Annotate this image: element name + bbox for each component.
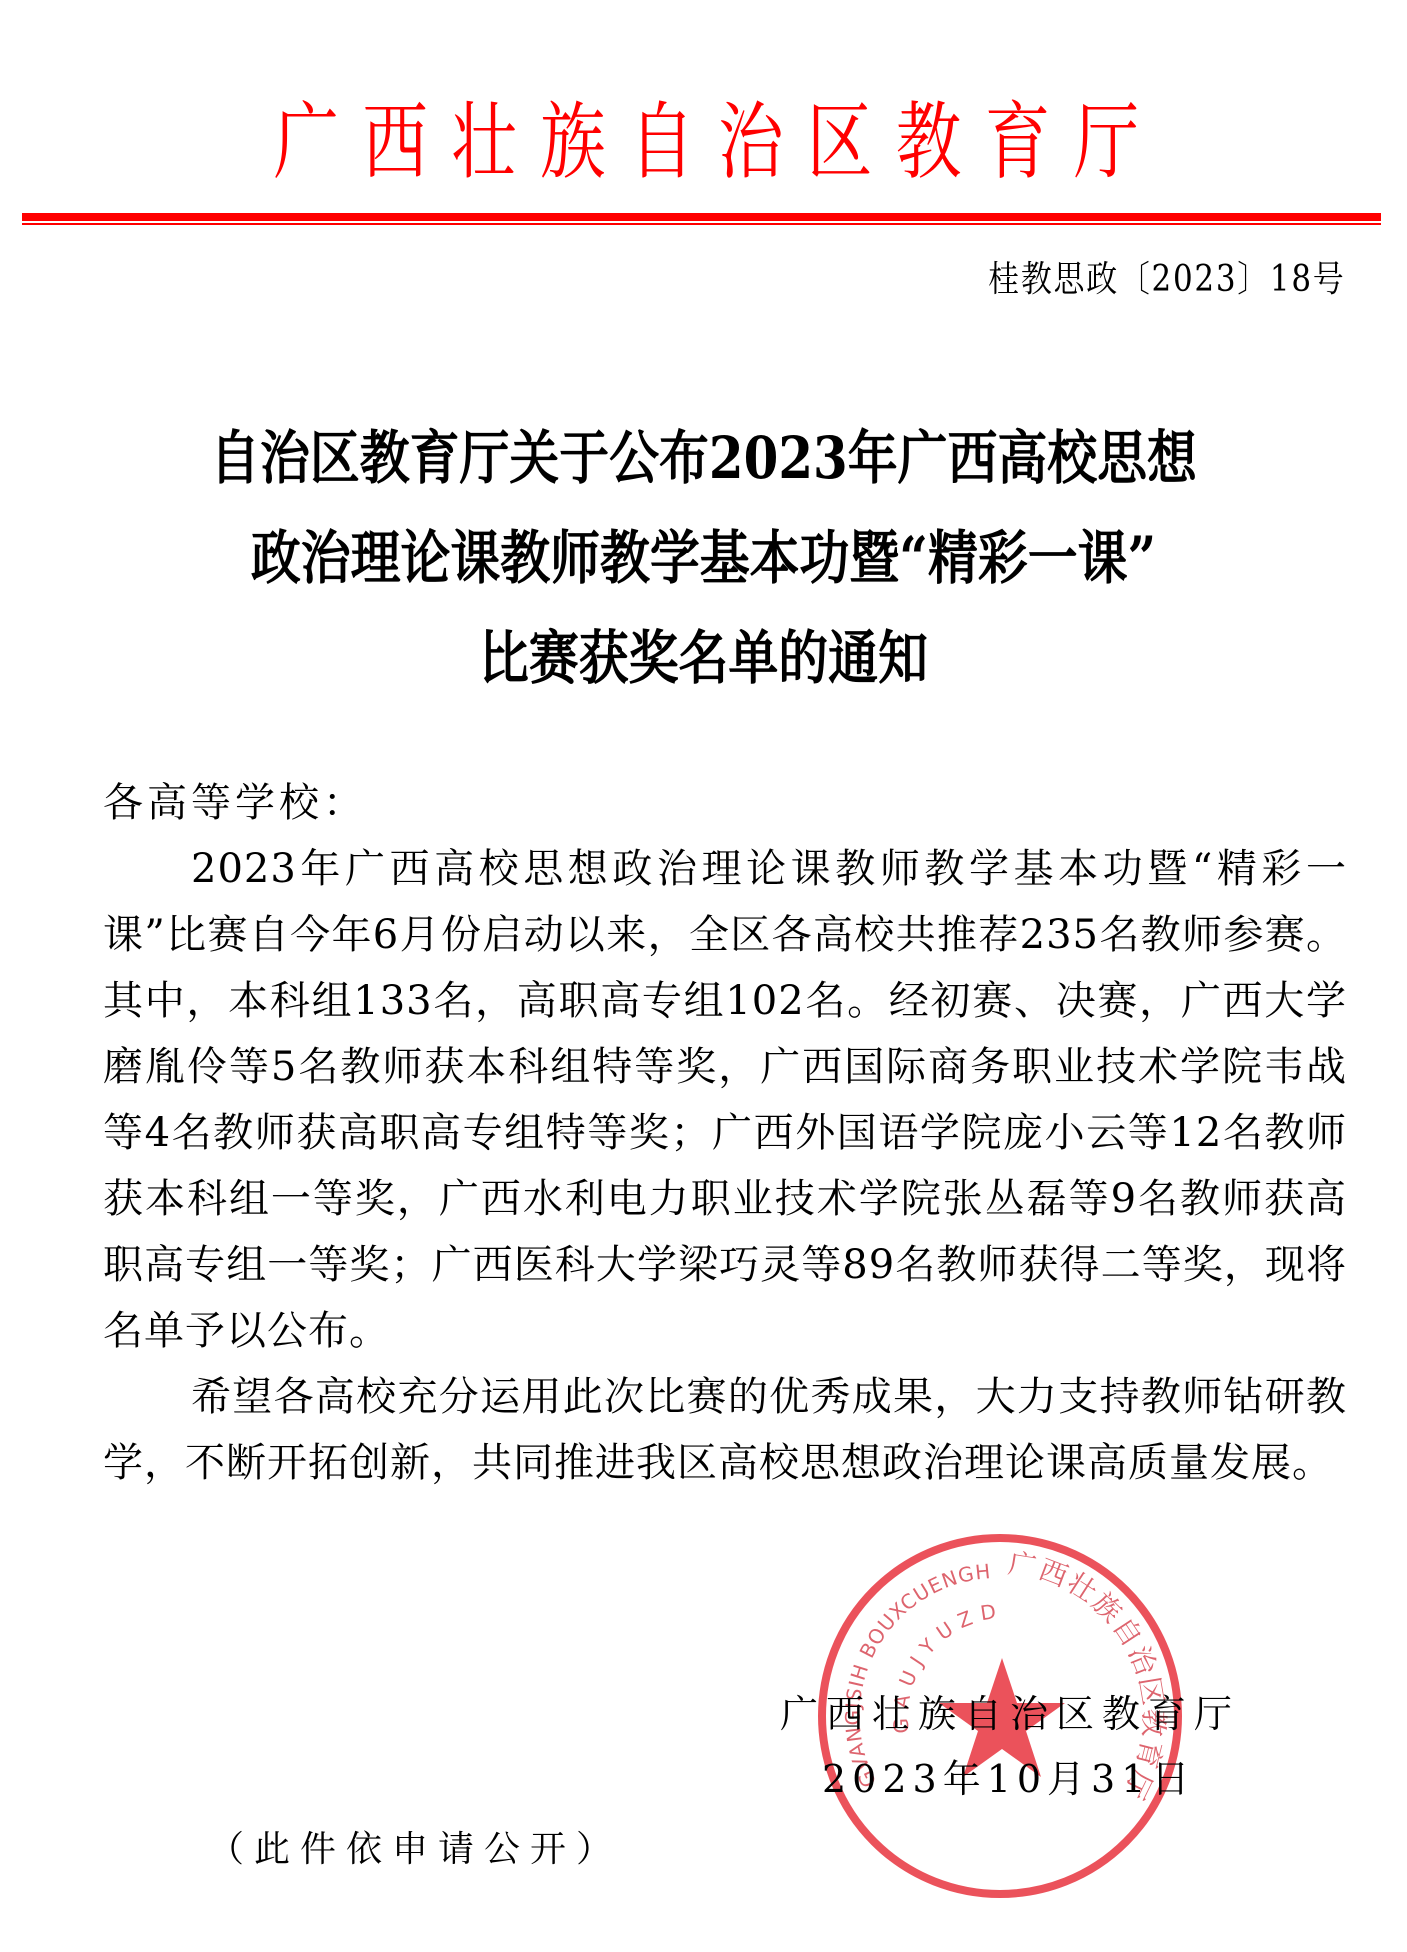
- title-line: 自治区教育厅关于公布2023年广西高校思想: [98, 408, 1308, 508]
- signature-organization: 广西壮族自治区教育厅: [780, 1690, 1240, 1738]
- title-line: 比赛获奖名单的通知: [98, 608, 1308, 708]
- signature-date: 2023年10月31日: [822, 1755, 1195, 1803]
- body-paragraph: 希望各高校充分运用此次比赛的优秀成果，大力支持教师钻研教学，不断开拓创新，共同推…: [103, 1364, 1347, 1496]
- disclosure-note: （此件依申请公开）: [208, 1826, 622, 1874]
- letterhead-divider-thick: [22, 213, 1381, 221]
- letterhead-divider-thin: [22, 223, 1381, 225]
- title-line: 政治理论课教师教学基本功暨“精彩一课”: [98, 508, 1308, 608]
- document-title: 自治区教育厅关于公布2023年广西高校思想 政治理论课教师教学基本功暨“精彩一课…: [0, 408, 1407, 708]
- document-body: 各高等学校： 2023年广西高校思想政治理论课教师教学基本功暨“精彩一课”比赛自…: [103, 770, 1347, 1496]
- body-paragraph: 2023年广西高校思想政治理论课教师教学基本功暨“精彩一课”比赛自今年6月份启动…: [103, 836, 1347, 1364]
- document-number: 桂教思政〔2023〕18号: [988, 258, 1345, 301]
- salutation: 各高等学校：: [103, 770, 1347, 836]
- issuer-name: 广西壮族自治区教育厅: [274, 100, 1163, 184]
- letterhead: 广西壮族自治区教育厅: [0, 92, 1407, 192]
